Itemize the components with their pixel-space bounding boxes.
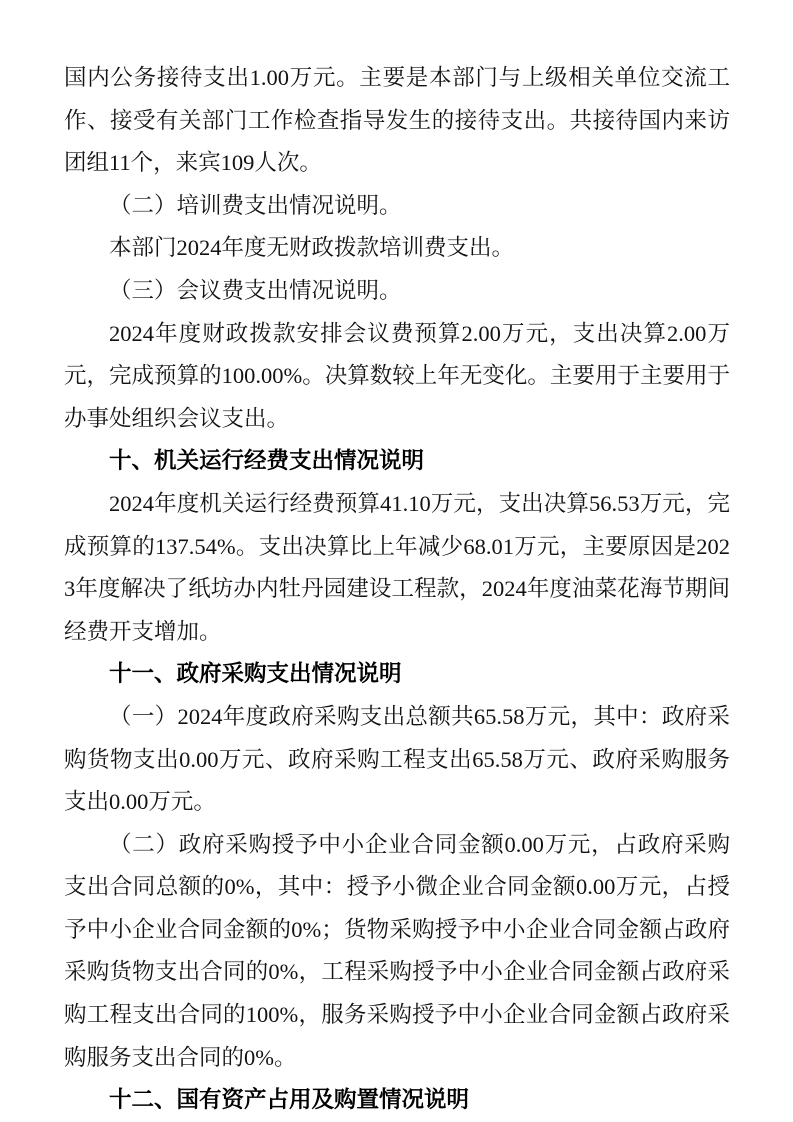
- paragraph-training-expense: 本部门2024年度无财政拨款培训费支出。: [64, 227, 730, 270]
- paragraph-operating-expense: 2024年度机关运行经费预算41.10万元，支出决算56.53万元，完成预算的1…: [64, 483, 730, 653]
- paragraph-hospitality-expense: 国内公务接待支出1.00万元。主要是本部门与上级相关单位交流工作、接受有关部门工…: [64, 57, 730, 185]
- document-page: 国内公务接待支出1.00万元。主要是本部门与上级相关单位交流工作、接受有关部门工…: [0, 0, 793, 1122]
- paragraph-training-expense-title: （二）培训费支出情况说明。: [64, 185, 730, 228]
- section-heading-10-operating-expense: 十、机关运行经费支出情况说明: [64, 440, 730, 483]
- paragraph-meeting-expense-title: （三）会议费支出情况说明。: [64, 270, 730, 313]
- paragraph-meeting-expense: 2024年度财政拨款安排会议费预算2.00万元，支出决算2.00万元，完成预算的…: [64, 313, 730, 441]
- section-heading-11-government-procurement: 十一、政府采购支出情况说明: [64, 653, 730, 696]
- document-body: 国内公务接待支出1.00万元。主要是本部门与上级相关单位交流工作、接受有关部门工…: [64, 57, 730, 1122]
- section-heading-12-state-assets: 十二、国有资产占用及购置情况说明: [64, 1079, 730, 1122]
- paragraph-procurement-sme: （二）政府采购授予中小企业合同金额0.00万元，占政府采购支出合同总额的0%，其…: [64, 824, 730, 1080]
- paragraph-procurement-total: （一）2024年度政府采购支出总额共65.58万元，其中：政府采购货物支出0.0…: [64, 696, 730, 824]
